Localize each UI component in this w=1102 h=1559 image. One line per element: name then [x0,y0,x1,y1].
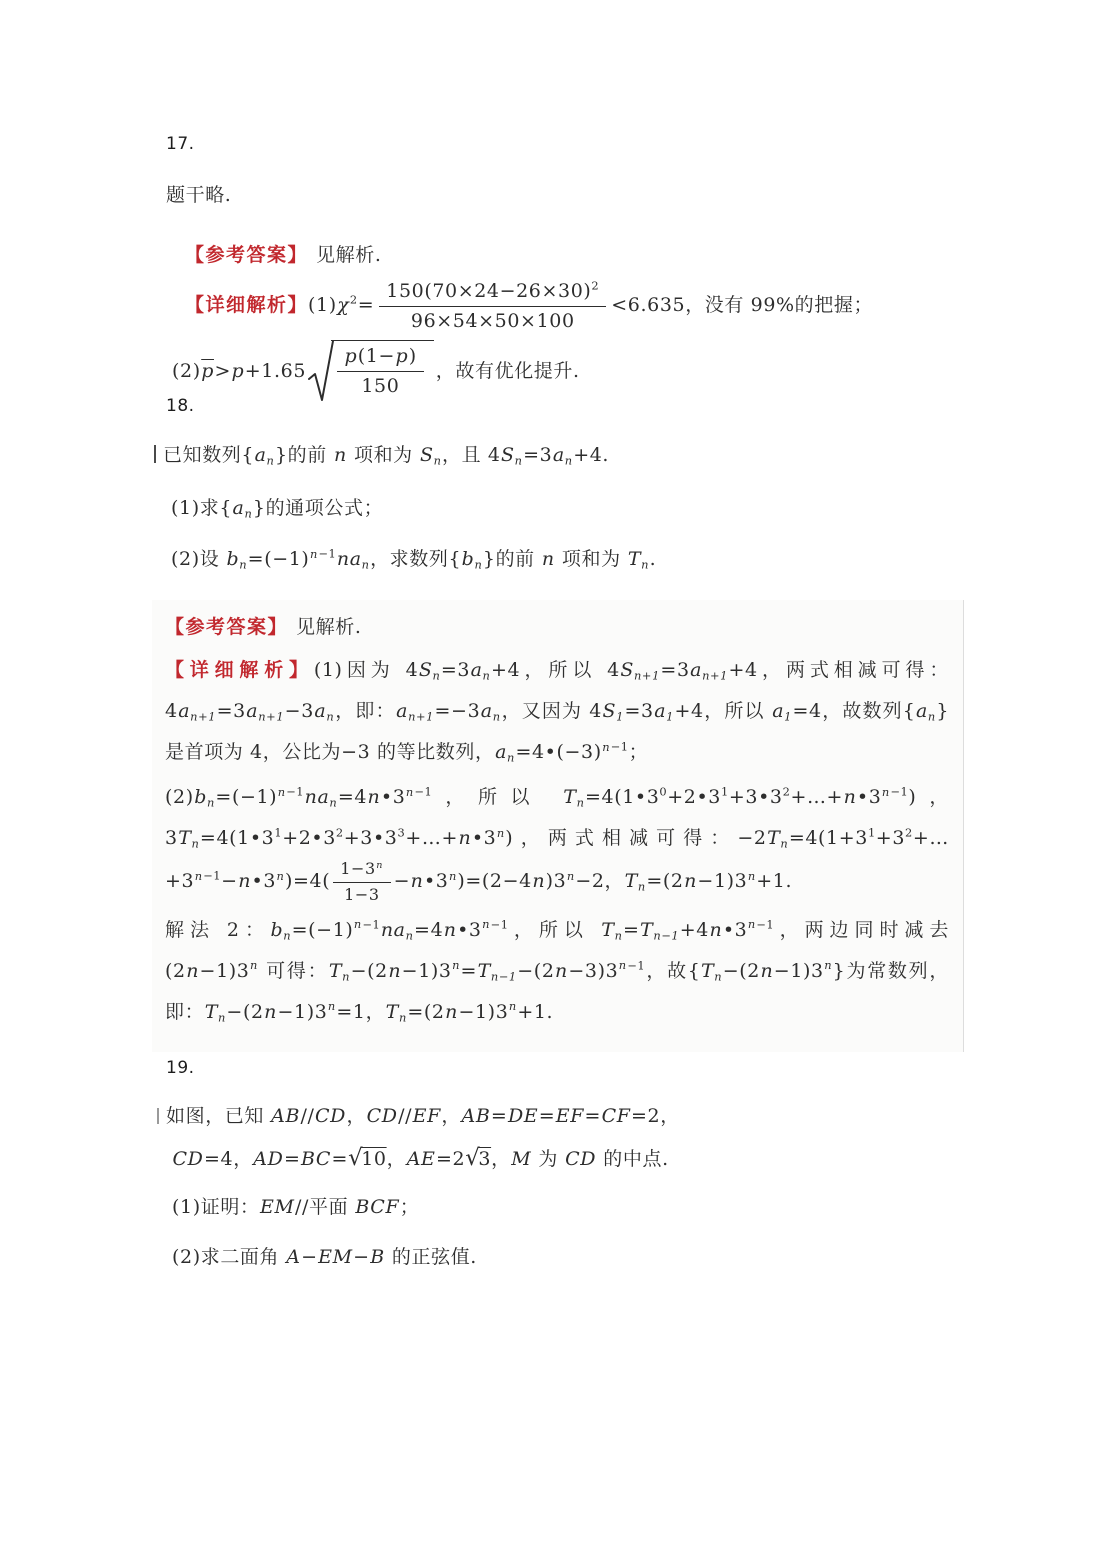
fraction-numerator: p(1−p) [337,344,424,372]
formula-chi-square-suffix: <6.635，没有 99%的把握； [611,294,873,316]
reference-answer-text: 见解析. [316,244,381,266]
stem-line2-mid: ，AE=2 [387,1148,466,1170]
reference-answer-label: 【参考答案】 [185,244,308,266]
reference-answer-label: 【参考答案】 [165,616,288,638]
formula-pbar-prefix: (2)p>p+1.65 [172,360,306,382]
question-18-analysis-para1: 【详细解析】(1)因为 4Sn=3an+4，所以 4Sn+1=3an+1+4，两… [165,650,949,773]
section-question-18: 18. 已知数列{an}的前 n 项和为 Sn，且 4Sn=3an+4. (1)… [166,396,996,571]
question-19-part2: (2)求二面角 A−EM−B 的正弦值. [166,1242,1016,1269]
question-17-stem: 题干略. [166,180,996,207]
radicand: 10 [361,1148,386,1170]
question-19-part1: (1)证明：EM//平面 BCF； [166,1192,1016,1219]
question-18-analysis-para3: 解法 2：bn=(−1)n−1nan=4n•3n−1，所以 Tn=Tn−1+4n… [165,910,949,1033]
question-18-stem-text: 已知数列{an}的前 n 项和为 Sn，且 4Sn=3an+4. [163,444,609,466]
detailed-analysis-label: 【详细解析】 [165,659,314,681]
scan-artifact [154,445,156,463]
question-18-analysis-para2: (2)bn=(−1)n−1nan=4n•3n−1，所以 Tn=4(1•30+2•… [165,777,949,906]
question-17-reference-answer-line: 【参考答案】见解析. [166,240,996,267]
chi-square-fraction: 150(70×24−26×30)296×54×50×100 [379,279,606,333]
square-root-10: √10 [348,1148,387,1170]
fraction-denominator: 150 [337,372,424,399]
scan-artifact [157,1108,159,1124]
fraction-numerator: 150(70×24−26×30)2 [379,279,606,307]
question-18-reference-answer-line: 【参考答案】见解析. [165,608,949,646]
question-18-part2: (2)设 bn=(−1)n−1nan，求数列{bn}的前 n 项和为 Tn. [166,544,996,571]
radicand-fraction: p(1−p)150 [337,344,424,398]
radicand: p(1−p)150 [331,340,434,398]
stem-line2-before: CD=4，AD=BC= [172,1148,348,1170]
formula-pbar-suffix: ，故有优化提升. [436,360,580,382]
question-19-number: 19. [166,1058,1016,1078]
square-root-3: √3 [465,1148,491,1170]
question-18-stem: 已知数列{an}的前 n 项和为 Sn，且 4Sn=3an+4. [154,440,996,467]
question-17-number: 17. [166,134,996,154]
question-18-solution-block: 【参考答案】见解析. 【详细解析】(1)因为 4Sn=3an+4，所以 4Sn+… [152,600,964,1052]
question-18-part1: (1)求{an}的通项公式； [166,493,996,520]
section-question-17: 17. 题干略. 【参考答案】见解析. 【详细解析】(1)χ2=150(70×2… [166,134,996,405]
question-19-stem-line1-text: 如图，已知 AB//CD，CD//EF，AB=DE=EF=CF=2， [166,1105,680,1127]
document-page: 17. 题干略. 【参考答案】见解析. 【详细解析】(1)χ2=150(70×2… [0,0,1102,1559]
fraction-denominator: 96×54×50×100 [379,307,606,334]
reference-answer-text: 见解析. [296,616,361,638]
radicand: 3 [478,1148,491,1170]
question-19-stem-line1: 如图，已知 AB//CD，CD//EF，AB=DE=EF=CF=2， [157,1101,1016,1128]
analysis-para2-after: −n•3n)=(2−4n)3n−2，Tn=(2n−1)3n+1. [394,870,793,892]
geometric-sum-fraction: 1−3n1−3 [333,859,390,906]
question-19-stem-line2: CD=4，AD=BC=√10，AE=2√3，M 为 CD 的中点. [166,1144,1016,1171]
section-question-19: 19. 如图，已知 AB//CD，CD//EF，AB=DE=EF=CF=2， C… [166,1058,1016,1269]
fraction-denominator: 1−3 [333,883,390,906]
question-17-analysis-part1: 【详细解析】(1)χ2=150(70×24−26×30)296×54×50×10… [166,279,996,333]
formula-chi-square-prefix: (1)χ2= [308,294,374,316]
detailed-analysis-label: 【详细解析】 [185,294,308,316]
question-18-number: 18. [166,396,996,416]
fraction-numerator: 1−3n [333,859,390,883]
stem-line2-after: ，M 为 CD 的中点. [491,1148,669,1170]
